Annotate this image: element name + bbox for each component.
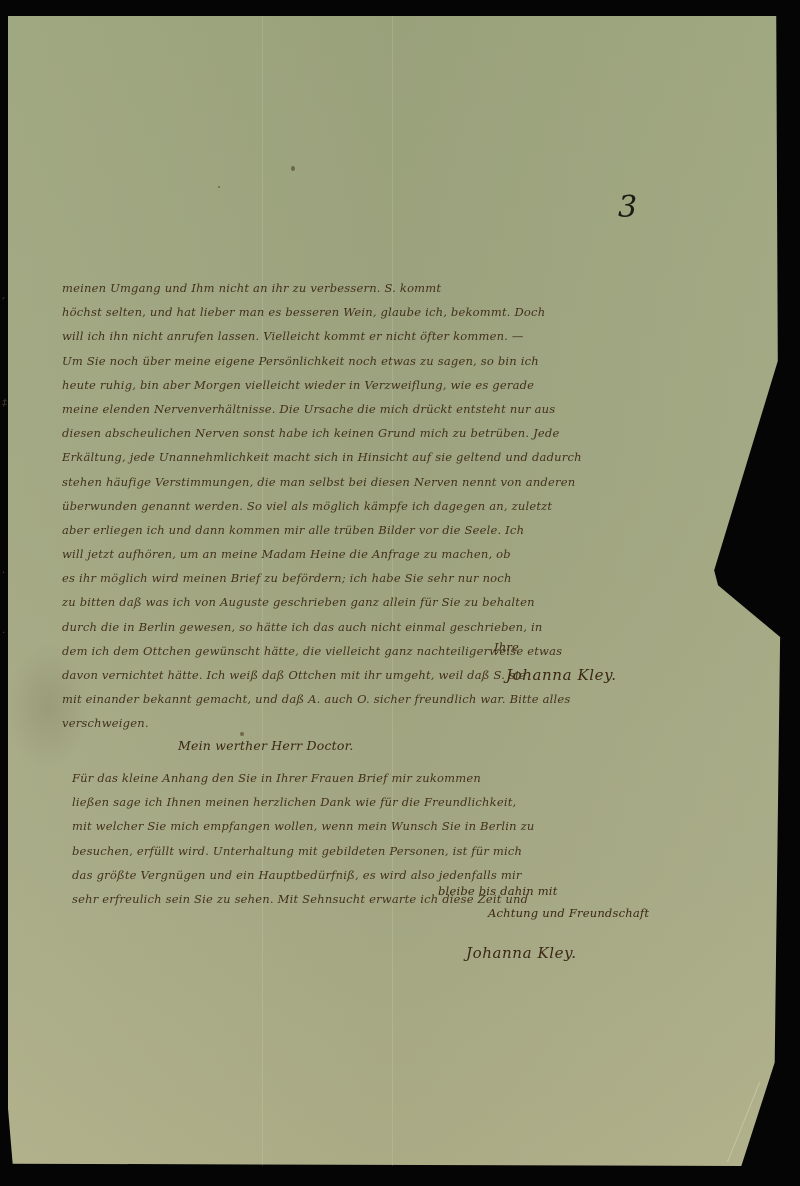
letter-line: verschweigen. xyxy=(62,711,712,735)
letter-line: Um Sie noch über meine eigene Persönlich… xyxy=(62,349,712,373)
letter-1-signature: Johanna Kley. xyxy=(506,666,617,684)
letter-line: mit einander bekannt gemacht, und daß A.… xyxy=(62,687,712,711)
ink-spot xyxy=(291,166,295,171)
margin-bleed-mark: , xyxy=(2,290,5,301)
letter-line: Erkältung, jede Unannehmlichkeit macht s… xyxy=(62,445,712,469)
letter-line: meine elenden Nervenverhältnisse. Die Ur… xyxy=(62,397,712,421)
letter-line: diesen abscheulichen Nerven sonst habe i… xyxy=(62,421,712,445)
letter-2-salutation: Mein werther Herr Doctor. xyxy=(178,738,354,753)
letter-2-closing-line: Achtung und Freundschaft xyxy=(488,906,649,920)
letter-line: zu bitten daß was ich von Auguste geschr… xyxy=(62,590,712,614)
letter-line: stehen häufige Verstimmungen, die man se… xyxy=(62,470,712,494)
letter-line: es ihr möglich wird meinen Brief zu befö… xyxy=(62,566,712,590)
letter-line: das größte Vergnügen und ein Hauptbedürf… xyxy=(72,863,672,887)
ink-spot xyxy=(218,186,220,188)
letter-line: heute ruhig, bin aber Morgen vielleicht … xyxy=(62,373,712,397)
margin-bleed-mark: · xyxy=(2,568,5,579)
letter-line: Für das kleine Anhang den Sie in Ihrer F… xyxy=(72,766,672,790)
letter-line: ließen sage ich Ihnen meinen herzlichen … xyxy=(72,790,672,814)
margin-bleed-mark: ‡ xyxy=(2,398,7,409)
letter-2-body: Für das kleine Anhang den Sie in Ihrer F… xyxy=(72,766,672,911)
letter-2-closing-line: bleibe bis dahin mit xyxy=(438,884,558,898)
letter-line: besuchen, erfüllt wird. Unterhaltung mit… xyxy=(72,839,672,863)
page-number: 3 xyxy=(618,190,637,225)
letter-line: will ich ihn nicht anrufen lassen. Viell… xyxy=(62,324,712,348)
letter-line: höchst selten, und hat lieber man es bes… xyxy=(62,300,712,324)
margin-bleed-mark: · xyxy=(2,628,5,639)
letter-2-signature: Johanna Kley. xyxy=(466,944,577,962)
scanned-document: , ‡ · · 3 meinen Umgang und Ihm nicht an… xyxy=(0,0,800,1186)
letter-1-closing: Ihre xyxy=(494,640,519,654)
letter-line: aber erliegen ich und dann kommen mir al… xyxy=(62,518,712,542)
letter-line: überwunden genannt werden. So viel als m… xyxy=(62,494,712,518)
letter-line: dem ich dem Ottchen gewünscht hätte, die… xyxy=(62,639,712,663)
letter-line: meinen Umgang und Ihm nicht an ihr zu ve… xyxy=(62,276,712,300)
letter-line: mit welcher Sie mich empfangen wollen, w… xyxy=(72,814,672,838)
letter-line: durch die in Berlin gewesen, so hätte ic… xyxy=(62,615,712,639)
letter-line: will jetzt aufhören, um an meine Madam H… xyxy=(62,542,712,566)
